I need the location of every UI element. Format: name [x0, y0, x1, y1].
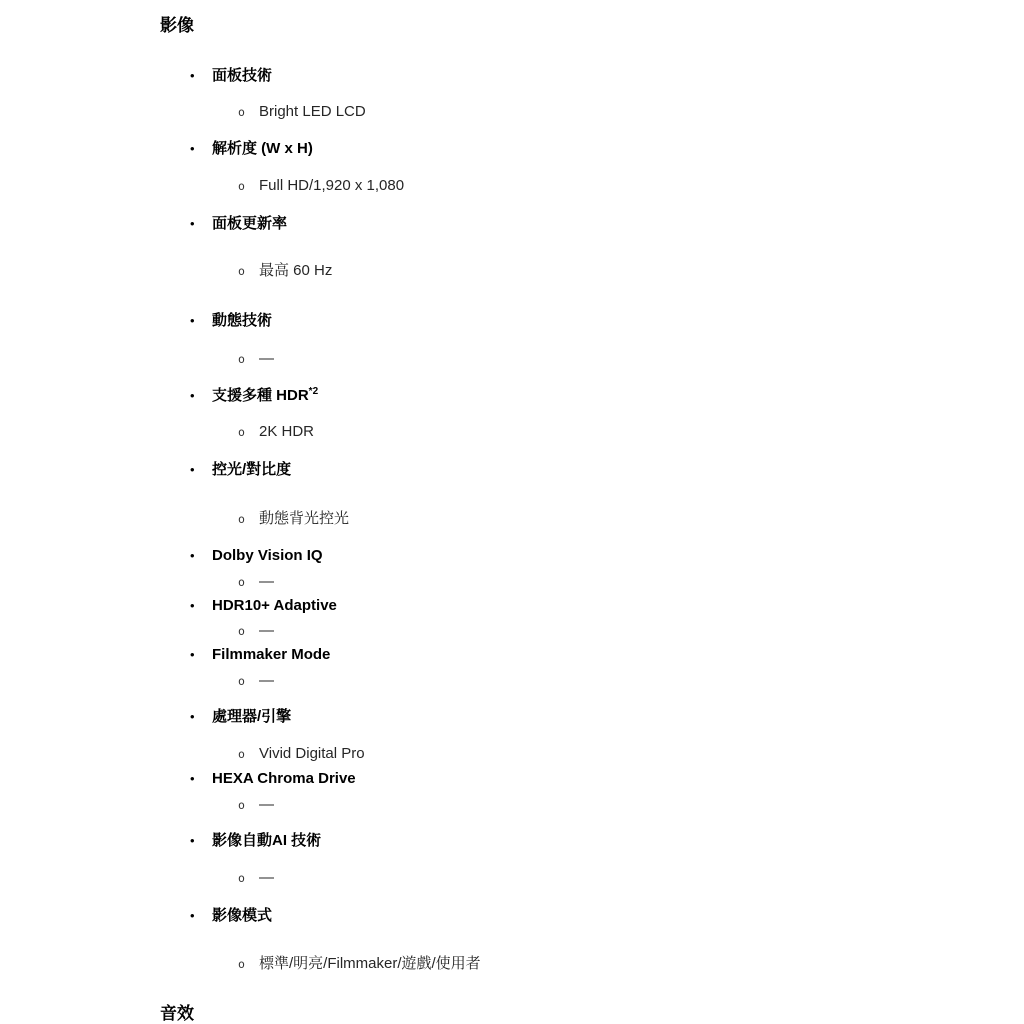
- item-panel-technology-label: 面板技術: [212, 65, 272, 86]
- item-refresh-rate-value-row: o 最高 60 Hz: [238, 260, 1024, 282]
- item-motion-technology: • 動態技術: [190, 310, 1024, 331]
- item-hexa-chroma-drive-value-row: o —: [238, 794, 1024, 816]
- circle-bullet-icon: o: [238, 954, 259, 975]
- item-dimming-contrast-label: 控光/對比度: [212, 459, 291, 480]
- bullet-icon: •: [190, 459, 212, 480]
- item-dimming-contrast-value-row: o 動態背光控光: [238, 508, 1024, 530]
- bullet-icon: •: [190, 830, 212, 851]
- bullet-icon: •: [190, 905, 212, 926]
- item-hdr-support-value: 2K HDR: [259, 421, 314, 442]
- circle-bullet-icon: o: [238, 261, 259, 282]
- item-filmmaker-mode-value: —: [259, 670, 274, 691]
- item-motion-technology-value-row: o —: [238, 348, 1024, 370]
- item-resolution-label: 解析度 (W x H): [212, 138, 313, 159]
- item-hdr-support: • 支援多種 HDR*2: [190, 385, 1024, 406]
- item-refresh-rate-label: 面板更新率: [212, 213, 287, 234]
- item-resolution-value: Full HD/1,920 x 1,080: [259, 175, 404, 196]
- item-panel-technology-value: Bright LED LCD: [259, 101, 366, 122]
- item-processor-engine-value-row: o Vivid Digital Pro: [238, 743, 1024, 765]
- item-auto-ai-picture-value: —: [259, 867, 274, 888]
- item-processor-engine-value: Vivid Digital Pro: [259, 743, 365, 764]
- item-refresh-rate-value: 最高 60 Hz: [259, 260, 332, 281]
- item-panel-technology: • 面板技術: [190, 65, 1024, 86]
- bullet-icon: •: [190, 768, 212, 789]
- circle-bullet-icon: o: [238, 349, 259, 370]
- item-auto-ai-picture-value-row: o —: [238, 867, 1024, 889]
- circle-bullet-icon: o: [238, 795, 259, 816]
- bullet-icon: •: [190, 65, 212, 86]
- circle-bullet-icon: o: [238, 509, 259, 530]
- circle-bullet-icon: o: [238, 868, 259, 889]
- circle-bullet-icon: o: [238, 621, 259, 642]
- bullet-icon: •: [190, 644, 212, 665]
- item-auto-ai-picture: • 影像自動AI 技術: [190, 830, 1024, 851]
- circle-bullet-icon: o: [238, 744, 259, 765]
- section-heading-video: 影像: [160, 14, 1024, 37]
- circle-bullet-icon: o: [238, 572, 259, 593]
- item-hdr10-plus-adaptive: • HDR10+ Adaptive: [190, 595, 1024, 616]
- item-hdr10-plus-adaptive-value: —: [259, 620, 274, 641]
- item-resolution-value-row: o Full HD/1,920 x 1,080: [238, 175, 1024, 197]
- item-processor-engine-label: 處理器/引擎: [212, 706, 291, 727]
- circle-bullet-icon: o: [238, 176, 259, 197]
- bullet-icon: •: [190, 545, 212, 566]
- bullet-icon: •: [190, 385, 212, 406]
- item-refresh-rate: • 面板更新率: [190, 213, 1024, 234]
- item-filmmaker-mode: • Filmmaker Mode: [190, 644, 1024, 665]
- item-dimming-contrast-value: 動態背光控光: [259, 508, 349, 529]
- item-hexa-chroma-drive-value: —: [259, 794, 274, 815]
- item-picture-mode-value-row: o 標準/明亮/Filmmaker/遊戲/使用者: [238, 953, 1024, 975]
- item-hdr10-plus-adaptive-label: HDR10+ Adaptive: [212, 595, 337, 616]
- item-panel-technology-value-row: o Bright LED LCD: [238, 101, 1024, 123]
- circle-bullet-icon: o: [238, 422, 259, 443]
- item-motion-technology-value: —: [259, 348, 274, 369]
- bullet-icon: •: [190, 706, 212, 727]
- section-heading-audio: 音效: [160, 1002, 1024, 1024]
- item-hexa-chroma-drive-label: HEXA Chroma Drive: [212, 768, 356, 789]
- item-auto-ai-picture-label: 影像自動AI 技術: [212, 830, 321, 851]
- item-resolution: • 解析度 (W x H): [190, 138, 1024, 159]
- bullet-icon: •: [190, 595, 212, 616]
- item-dolby-vision-iq-value-row: o —: [238, 571, 1024, 593]
- item-hdr-support-label: 支援多種 HDR*2: [212, 385, 318, 406]
- item-dolby-vision-iq: • Dolby Vision IQ: [190, 545, 1024, 566]
- spec-document-page: 影像 • 面板技術 o Bright LED LCD • 解析度 (W x H)…: [0, 0, 1024, 1024]
- item-motion-technology-label: 動態技術: [212, 310, 272, 331]
- bullet-icon: •: [190, 310, 212, 331]
- item-dolby-vision-iq-value: —: [259, 571, 274, 592]
- item-picture-mode: • 影像模式: [190, 905, 1024, 926]
- item-filmmaker-mode-value-row: o —: [238, 670, 1024, 692]
- bullet-icon: •: [190, 213, 212, 234]
- circle-bullet-icon: o: [238, 671, 259, 692]
- bullet-icon: •: [190, 138, 212, 159]
- item-filmmaker-mode-label: Filmmaker Mode: [212, 644, 330, 665]
- footnote-superscript: *2: [309, 386, 318, 397]
- item-hdr-support-value-row: o 2K HDR: [238, 421, 1024, 443]
- item-hexa-chroma-drive: • HEXA Chroma Drive: [190, 768, 1024, 789]
- item-dolby-vision-iq-label: Dolby Vision IQ: [212, 545, 323, 566]
- item-processor-engine: • 處理器/引擎: [190, 706, 1024, 727]
- circle-bullet-icon: o: [238, 102, 259, 123]
- item-hdr10-plus-adaptive-value-row: o —: [238, 620, 1024, 642]
- item-picture-mode-value: 標準/明亮/Filmmaker/遊戲/使用者: [259, 953, 481, 974]
- item-dimming-contrast: • 控光/對比度: [190, 459, 1024, 480]
- item-picture-mode-label: 影像模式: [212, 905, 272, 926]
